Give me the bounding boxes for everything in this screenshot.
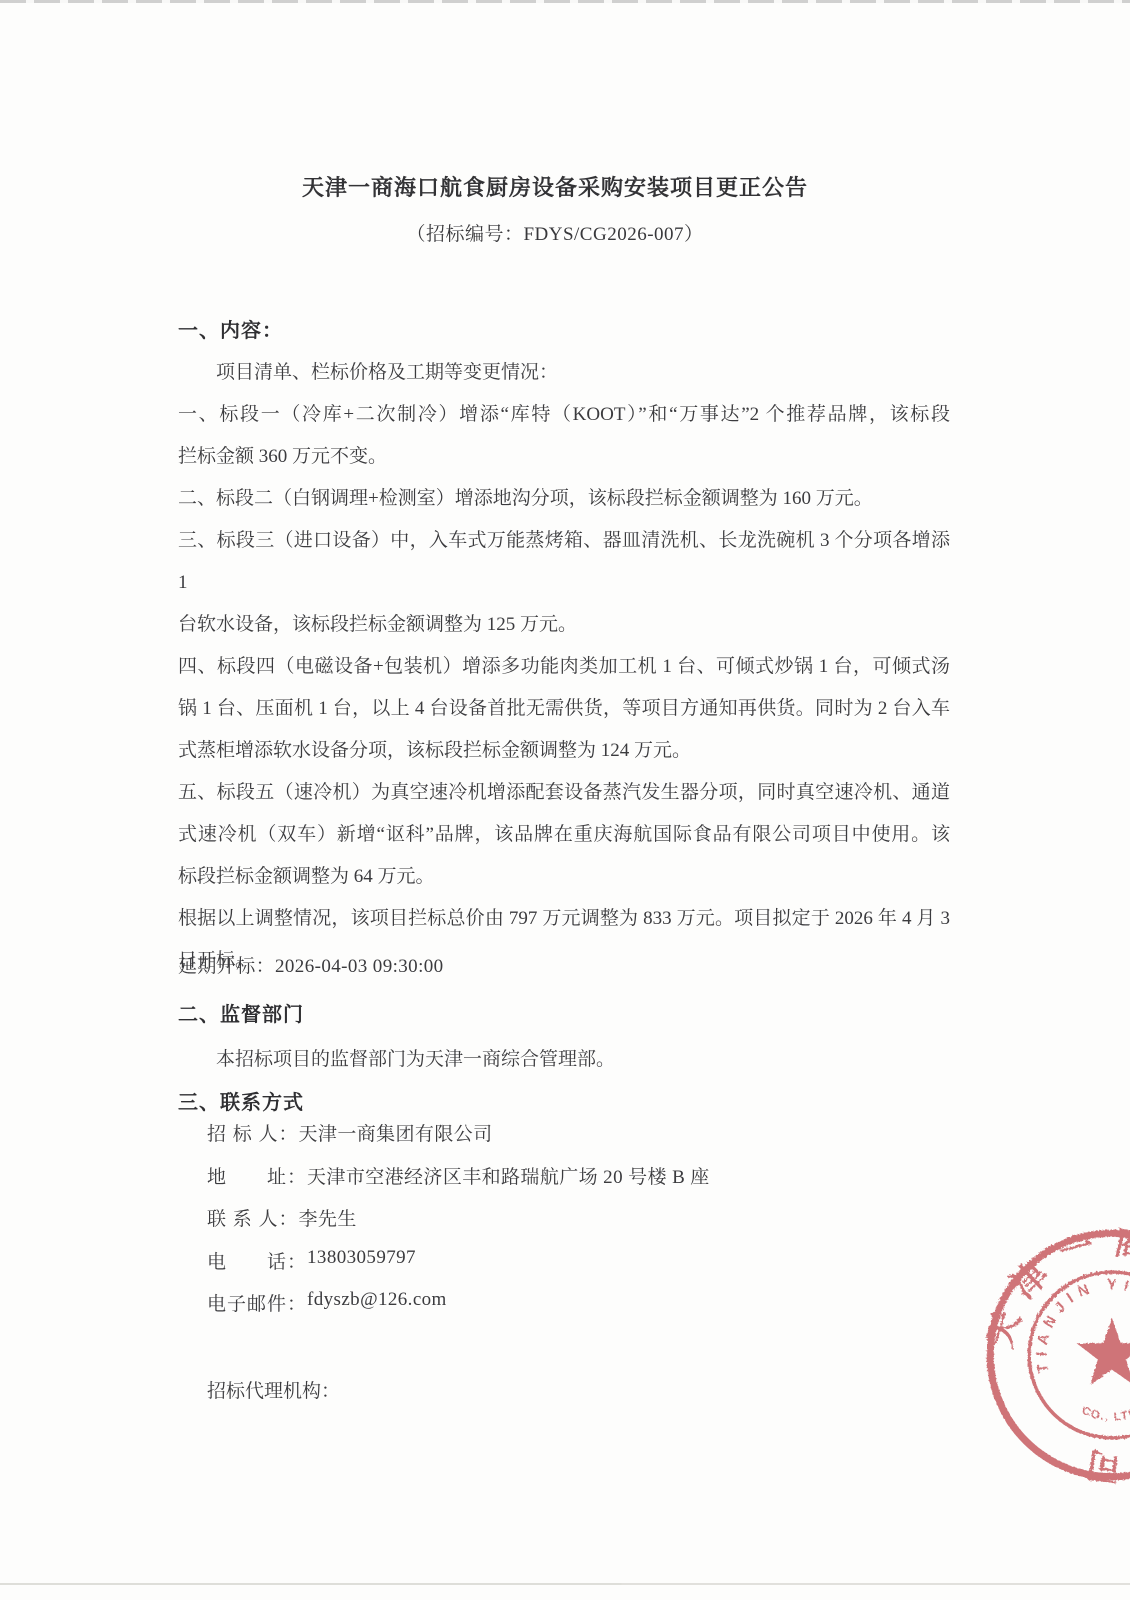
contact-info: 招 标 人：天津一商集团有限公司 地 址：天津市空港经济区丰和路瑞航广场 20 … (207, 1119, 710, 1332)
paragraph-line: 标段拦标金额调整为 64 万元。 (178, 856, 950, 898)
paragraph-line: 根据以上调整情况，该项目拦标总价由 797 万元调整为 833 万元。项目拟定于… (178, 898, 950, 940)
seal-english-text-bottom: CO., LTD. (1080, 1404, 1130, 1423)
agency-label: 招标代理机构： (207, 1376, 340, 1403)
contact-row-phone: 电 话：13803059797 (207, 1247, 710, 1290)
contact-label: 联 系 人： (207, 1204, 299, 1231)
contact-value: 天津一商集团有限公司 (299, 1119, 493, 1146)
contact-row-email: 电子邮件：fdyszb@126.com (207, 1289, 710, 1332)
section-heading-contact: 三、联系方式 (178, 1086, 304, 1115)
paragraph-line: 五、标段五（速冷机）为真空速冷机增添配套设备蒸汽发生器分项，同时真空速冷机、通道 (178, 772, 950, 814)
contact-row-address: 地 址：天津市空港经济区丰和路瑞航广场 20 号楼 B 座 (207, 1162, 710, 1205)
svg-text:CO., LTD.: CO., LTD. (1080, 1404, 1130, 1423)
contact-label: 电子邮件： (207, 1289, 307, 1316)
contact-label: 电 话： (207, 1247, 307, 1274)
contact-row-tenderee: 招 标 人：天津一商集团有限公司 (207, 1119, 710, 1162)
supervision-body: 本招标项目的监督部门为天津一商综合管理部。 (216, 1044, 615, 1071)
contact-label: 招 标 人： (207, 1119, 299, 1146)
contact-value: 13803059797 (307, 1247, 416, 1269)
paragraph-line: 二、标段二（白钢调理+检测室）增添地沟分项，该标段拦标金额调整为 160 万元。 (178, 478, 950, 520)
paragraph-line: 台软水设备，该标段拦标金额调整为 125 万元。 (178, 604, 950, 646)
paragraph-lot3: 三、标段三（进口设备）中，入车式万能蒸烤箱、器皿清洗机、长龙洗碗机 3 个分项各… (178, 520, 950, 646)
company-seal: 天津一商集团有限公司 TIANJIN YISHANG CO., LTD. (979, 1222, 1130, 1488)
section-heading-content: 一、内容： (178, 314, 283, 343)
contact-value: fdyszb@126.com (307, 1289, 447, 1311)
seal-graphic: 天津一商集团有限公司 TIANJIN YISHANG CO., LTD. (980, 1222, 1130, 1487)
seal-star-icon (1077, 1318, 1130, 1385)
content-body: 项目清单、栏标价格及工期等变更情况： 一、标段一（冷库+二次制冷）增添“库特（K… (178, 352, 950, 982)
contact-value: 李先生 (299, 1204, 357, 1231)
paragraph-lot1: 一、标段一（冷库+二次制冷）增添“库特（KOOT）”和“万事达”2 个推荐品牌，… (178, 394, 950, 478)
tender-number: （招标编号：FDYS/CG2026-007） (0, 219, 1110, 246)
content-intro-line: 项目清单、栏标价格及工期等变更情况： (178, 352, 950, 394)
section-heading-supervision: 二、监督部门 (178, 998, 304, 1027)
paragraph-line: 一、标段一（冷库+二次制冷）增添“库特（KOOT）”和“万事达”2 个推荐品牌，… (178, 394, 950, 436)
scanned-announcement-page: 天津一商海口航食厨房设备采购安装项目更正公告 （招标编号：FDYS/CG2026… (0, 0, 1130, 1600)
paragraph-line: 式速冷机（双车）新增“讴科”品牌，该品牌在重庆海航国际食品有限公司项目中使用。该 (178, 814, 950, 856)
scan-artifact-top (0, 0, 1130, 3)
paragraph-line: 三、标段三（进口设备）中，入车式万能蒸烤箱、器皿清洗机、长龙洗碗机 3 个分项各… (178, 520, 950, 604)
scan-artifact-bottom (0, 1583, 1130, 1585)
page-title: 天津一商海口航食厨房设备采购安装项目更正公告 (0, 171, 1110, 202)
paragraph-lot4: 四、标段四（电磁设备+包装机）增添多功能肉类加工机 1 台、可倾式炒锅 1 台，… (178, 646, 950, 772)
contact-row-person: 联 系 人：李先生 (207, 1204, 710, 1247)
paragraph-lot2: 二、标段二（白钢调理+检测室）增添地沟分项，该标段拦标金额调整为 160 万元。 (178, 478, 950, 520)
paragraph-line: 式蒸柜增添软水设备分项，该标段拦标金额调整为 124 万元。 (178, 730, 950, 772)
paragraph-lot5: 五、标段五（速冷机）为真空速冷机增添配套设备蒸汽发生器分项，同时真空速冷机、通道… (178, 772, 950, 898)
delayed-bid-opening-line: 延期开标：2026-04-03 09:30:00 (178, 951, 444, 978)
contact-label: 地 址： (207, 1162, 307, 1189)
paragraph-line: 四、标段四（电磁设备+包装机）增添多功能肉类加工机 1 台、可倾式炒锅 1 台，… (178, 646, 950, 688)
paragraph-line: 锅 1 台、压面机 1 台，以上 4 台设备首批无需供货，等项目方通知再供货。同… (178, 688, 950, 730)
contact-value: 天津市空港经济区丰和路瑞航广场 20 号楼 B 座 (307, 1162, 710, 1189)
paragraph-line: 拦标金额 360 万元不变。 (178, 436, 950, 478)
